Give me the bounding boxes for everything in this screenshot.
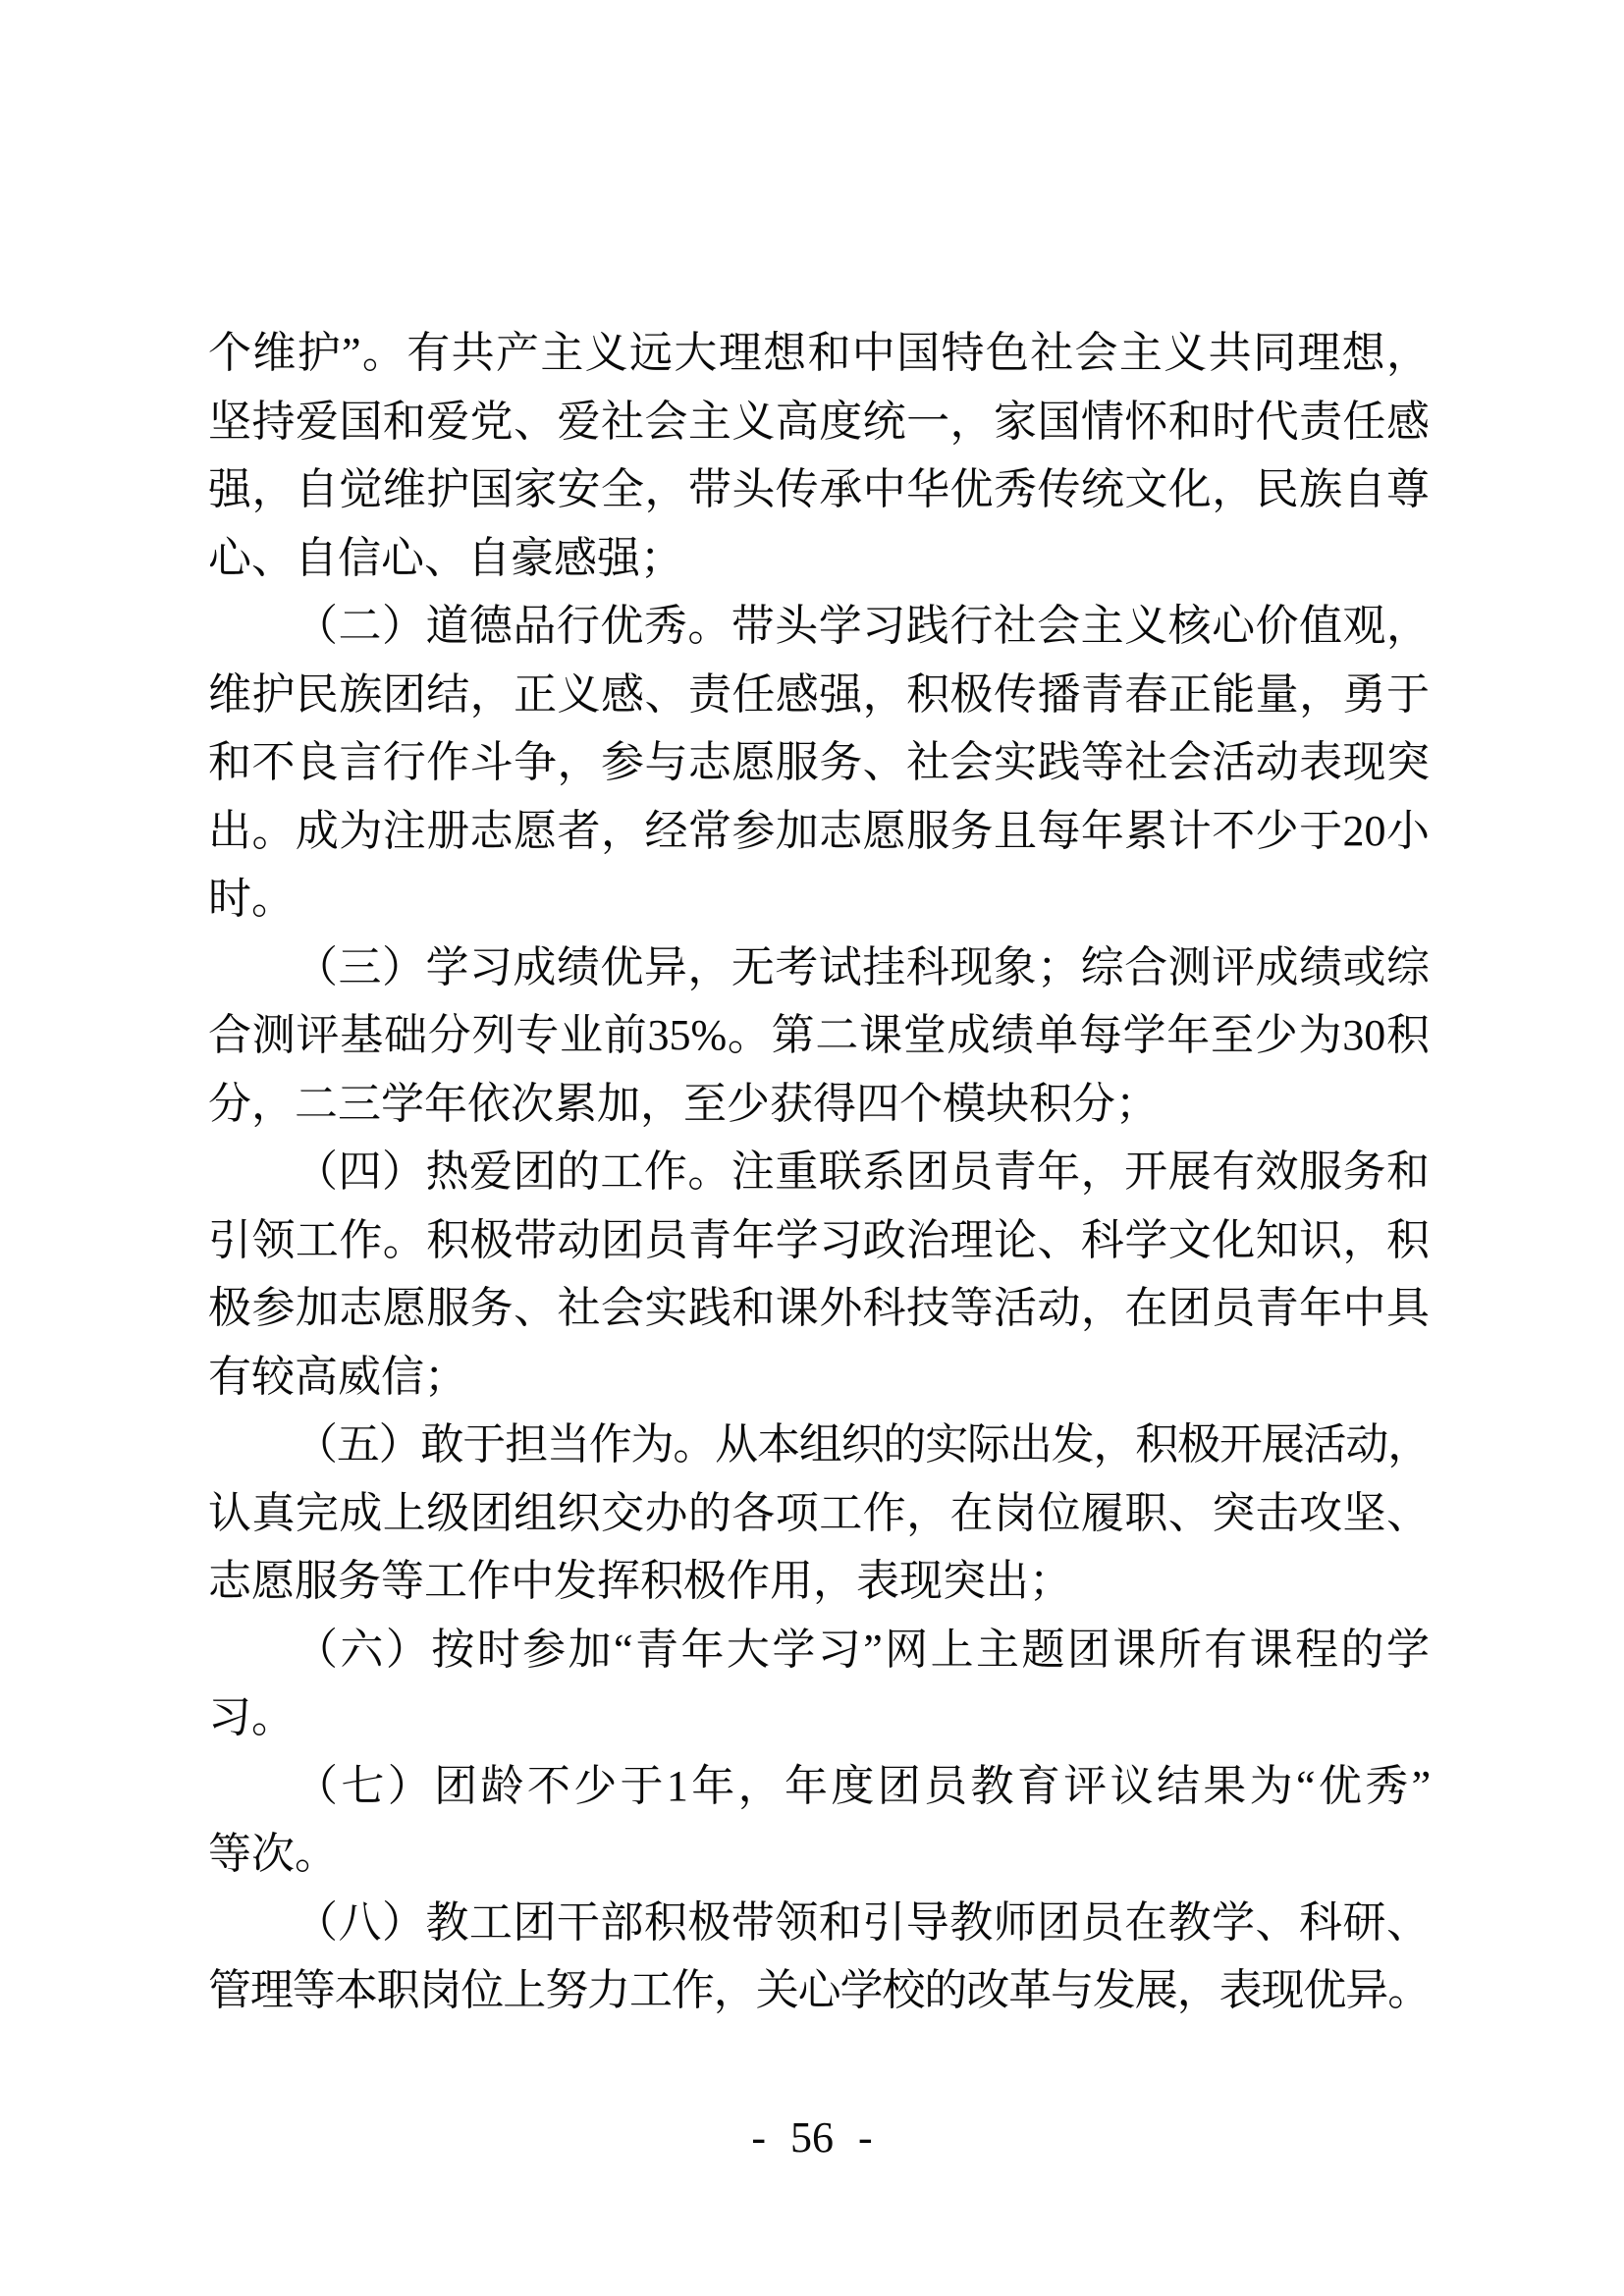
text-line: 和不良言行作斗争，参与志愿服务、社会实践等社会活动表现突 bbox=[208, 728, 1430, 797]
text-line: 分，二三学年依次累加，至少获得四个模块积分； bbox=[208, 1070, 1430, 1139]
text-line: 管理等本职岗位上努力工作，关心学校的改革与发展，表现优异。 bbox=[208, 1956, 1430, 2025]
text-line: 心、自信心、自豪感强； bbox=[208, 524, 1430, 593]
text-line: 时。 bbox=[208, 865, 1430, 934]
text-line: 认真完成上级团组织交办的各项工作，在岗位履职、突击攻坚、 bbox=[208, 1479, 1430, 1548]
text-line: 强，自觉维护国家安全，带头传承中华优秀传统文化，民族自尊 bbox=[208, 455, 1430, 524]
document-body: 个维护”。有共产主义远大理想和中国特色社会主义共同理想， 坚持爱国和爱党、爱社会… bbox=[208, 319, 1430, 2025]
paragraph-start-line: （二）道德品行优秀。带头学习践行社会主义核心价值观， bbox=[208, 592, 1430, 661]
paragraph-start-line: （七）团龄不少于1年，年度团员教育评议结果为“优秀” bbox=[208, 1752, 1430, 1821]
text-line: 志愿服务等工作中发挥积极作用，表现突出； bbox=[208, 1547, 1430, 1616]
document-page: 个维护”。有共产主义远大理想和中国特色社会主义共同理想， 坚持爱国和爱党、爱社会… bbox=[0, 0, 1624, 2296]
page-number: - 56 - bbox=[0, 2109, 1624, 2167]
paragraph-start-line: （六）按时参加“青年大学习”网上主题团课所有课程的学 bbox=[208, 1616, 1430, 1684]
text-line: 极参加志愿服务、社会实践和课外科技等活动，在团员青年中具 bbox=[208, 1274, 1430, 1343]
paragraph-start-line: （三）学习成绩优异，无考试挂科现象；综合测评成绩或综 bbox=[208, 934, 1430, 1002]
text-line: 引领工作。积极带动团员青年学习政治理论、科学文化知识，积 bbox=[208, 1206, 1430, 1275]
text-line: 有较高威信； bbox=[208, 1343, 1430, 1412]
text-line: 维护民族团结，正义感、责任感强，积极传播青春正能量，勇于 bbox=[208, 661, 1430, 729]
paragraph-start-line: （八）教工团干部积极带领和引导教师团员在教学、科研、 bbox=[208, 1889, 1430, 1957]
text-line: 合测评基础分列专业前35%。第二课堂成绩单每学年至少为30积 bbox=[208, 1001, 1430, 1070]
paragraph-start-line: （五）敢于担当作为。从本组织的实际出发，积极开展活动， bbox=[208, 1411, 1430, 1479]
text-line: 出。成为注册志愿者，经常参加志愿服务且每年累计不少于20小 bbox=[208, 797, 1430, 866]
paragraph-start-line: （四）热爱团的工作。注重联系团员青年，开展有效服务和 bbox=[208, 1138, 1430, 1206]
text-line: 个维护”。有共产主义远大理想和中国特色社会主义共同理想， bbox=[208, 319, 1430, 388]
text-line: 等次。 bbox=[208, 1820, 1430, 1889]
text-line: 习。 bbox=[208, 1683, 1430, 1752]
text-line: 坚持爱国和爱党、爱社会主义高度统一，家国情怀和时代责任感 bbox=[208, 388, 1430, 456]
